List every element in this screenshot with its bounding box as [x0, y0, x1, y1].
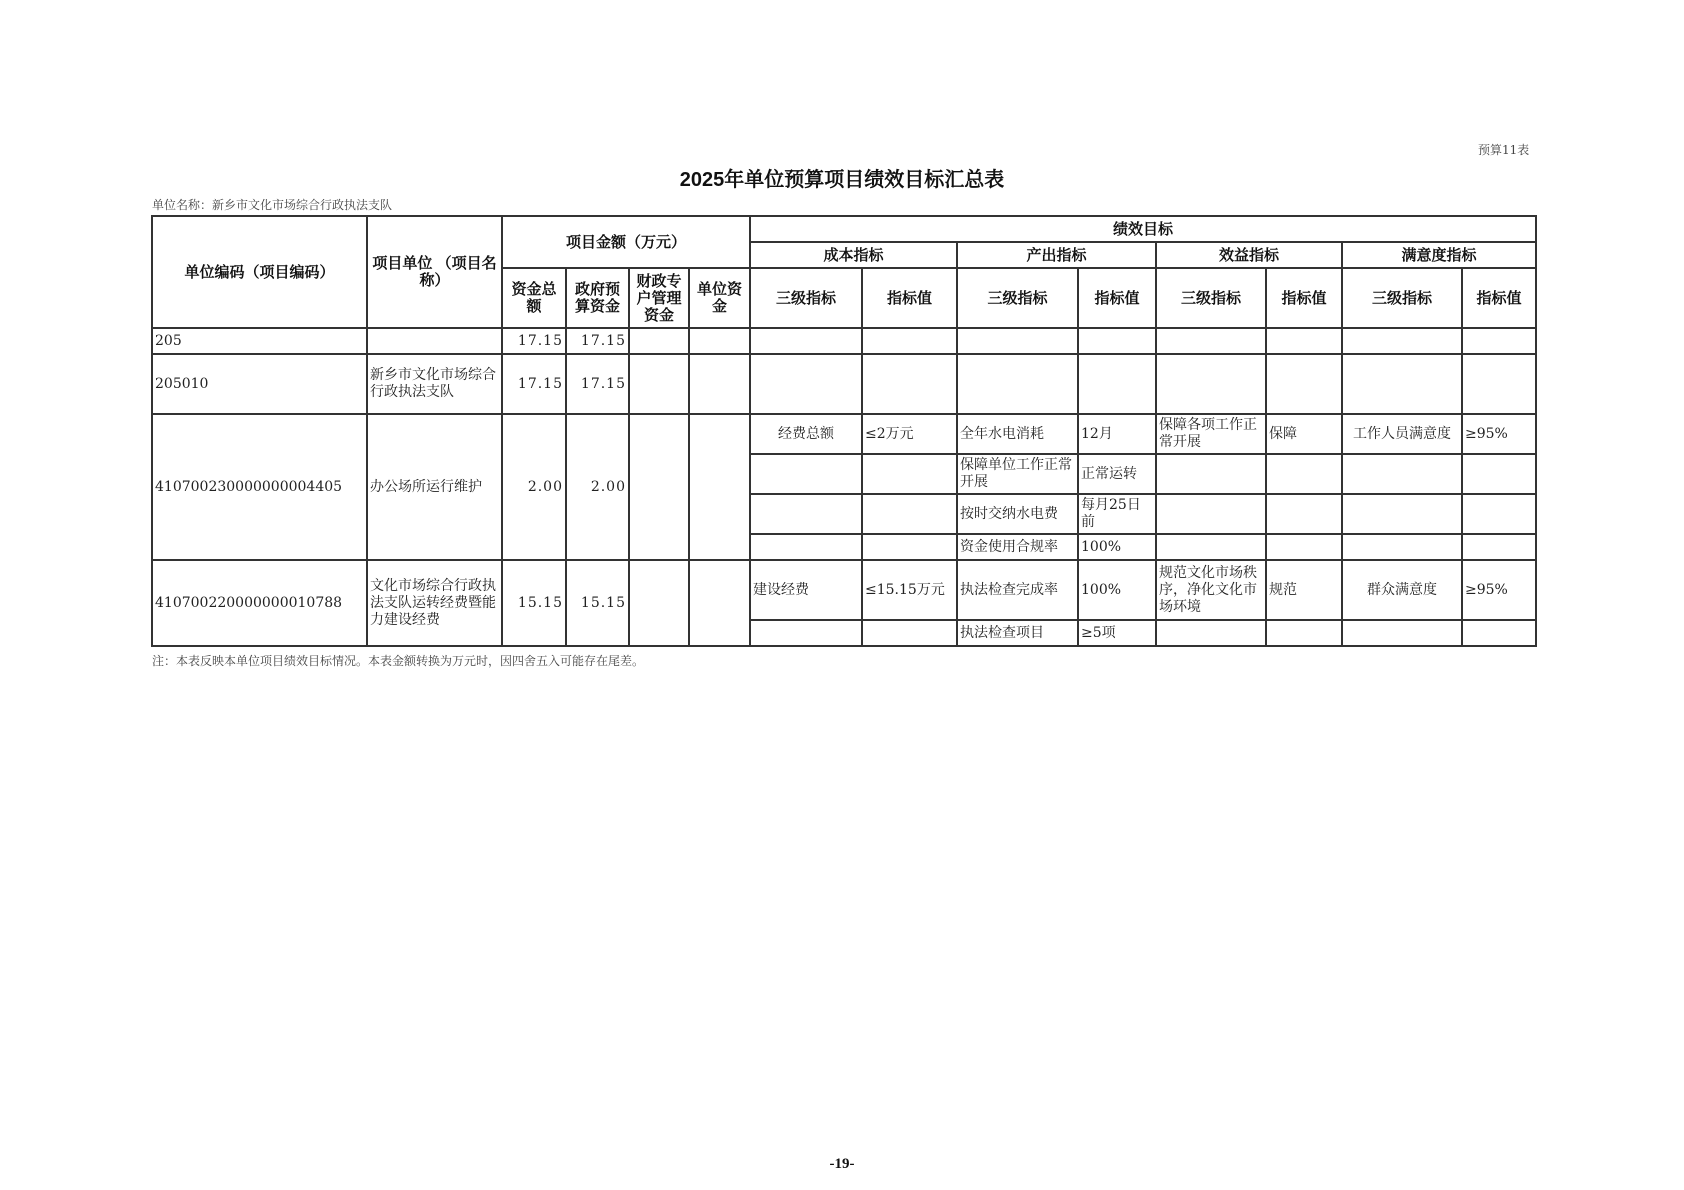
- indicator-name-cell: [750, 534, 862, 560]
- amount-total-cell: 17.15: [502, 328, 566, 354]
- indicator-name-cell: [1342, 354, 1462, 414]
- indicator-name-cell: 建设经费: [750, 560, 862, 620]
- header-value: 指标值: [862, 268, 957, 328]
- indicator-name-cell: 经费总额: [750, 414, 862, 454]
- indicator-name-cell: [1156, 534, 1266, 560]
- indicator-name-cell: 保障单位工作正常开展: [957, 454, 1078, 494]
- indicator-value-cell: ≥95%: [1462, 414, 1536, 454]
- indicator-name-cell: [1156, 494, 1266, 534]
- indicator-value-cell: 每月25日前: [1078, 494, 1156, 534]
- indicator-value-cell: [1266, 534, 1342, 560]
- indicator-name-cell: 资金使用合规率: [957, 534, 1078, 560]
- amount-total-cell: 2.00: [502, 414, 566, 560]
- page-number: -19-: [0, 1156, 1684, 1173]
- indicator-value-cell: [1266, 454, 1342, 494]
- amount-unit-cell: [689, 328, 750, 354]
- indicator-value-cell: [862, 534, 957, 560]
- indicator-name-cell: [957, 354, 1078, 414]
- header-output-indicators: 产出指标: [957, 242, 1156, 268]
- indicator-name-cell: [1342, 620, 1462, 646]
- table-row: 20517.1517.15: [152, 328, 1536, 354]
- form-number: 预算11表: [1478, 141, 1529, 158]
- indicator-name-cell: 群众满意度: [1342, 560, 1462, 620]
- indicator-value-cell: 规范: [1266, 560, 1342, 620]
- indicator-value-cell: ≥95%: [1462, 560, 1536, 620]
- indicator-name-cell: [750, 354, 862, 414]
- table-row: 205010新乡市文化市场综合行政执法支队17.1517.15: [152, 354, 1536, 414]
- indicator-name-cell: [1342, 494, 1462, 534]
- indicator-value-cell: [862, 494, 957, 534]
- indicator-value-cell: [1462, 328, 1536, 354]
- performance-table: 单位编码（项目编码） 项目单位 （项目名称） 项目金额（万元） 绩效目标 成本指…: [151, 215, 1537, 647]
- indicator-value-cell: [1462, 354, 1536, 414]
- indicator-value-cell: 12月: [1078, 414, 1156, 454]
- header-project-unit: 项目单位 （项目名称）: [367, 216, 502, 328]
- indicator-name-cell: [1156, 620, 1266, 646]
- header-value: 指标值: [1266, 268, 1342, 328]
- indicator-name-cell: [750, 454, 862, 494]
- project-name-cell: 新乡市文化市场综合行政执法支队: [367, 354, 502, 414]
- indicator-value-cell: [1462, 454, 1536, 494]
- indicator-value-cell: [1462, 620, 1536, 646]
- indicator-value-cell: [862, 454, 957, 494]
- project-name-cell: 办公场所运行维护: [367, 414, 502, 560]
- amount-total-cell: 15.15: [502, 560, 566, 646]
- indicator-name-cell: [1342, 534, 1462, 560]
- indicator-value-cell: [862, 328, 957, 354]
- header-level3: 三级指标: [957, 268, 1078, 328]
- table-row: 410700230000000004405办公场所运行维护2.002.00经费总…: [152, 414, 1536, 454]
- indicator-name-cell: 执法检查完成率: [957, 560, 1078, 620]
- indicator-name-cell: [1156, 328, 1266, 354]
- amount-unit-cell: [689, 414, 750, 560]
- indicator-value-cell: [1462, 534, 1536, 560]
- project-name-cell: 文化市场综合行政执法支队运转经费暨能力建设经费: [367, 560, 502, 646]
- indicator-value-cell: [1078, 354, 1156, 414]
- amount-unit-cell: [689, 560, 750, 646]
- unit-name: 单位名称：新乡市文化市场综合行政执法支队: [152, 196, 392, 213]
- indicator-value-cell: [1266, 620, 1342, 646]
- indicator-value-cell: [862, 354, 957, 414]
- amount-gov-cell: 15.15: [566, 560, 629, 646]
- indicator-value-cell: [1266, 328, 1342, 354]
- indicator-name-cell: [1156, 354, 1266, 414]
- table-note: 注：本表反映本单位项目绩效目标情况。本表金额转换为万元时，因四舍五入可能存在尾差…: [152, 652, 644, 669]
- header-value: 指标值: [1462, 268, 1536, 328]
- indicator-name-cell: 规范文化市场秩序，净化文化市场环境: [1156, 560, 1266, 620]
- amount-total-cell: 17.15: [502, 354, 566, 414]
- header-amount-gov: 政府预算资金: [566, 268, 629, 328]
- header-level3: 三级指标: [1156, 268, 1266, 328]
- indicator-name-cell: 保障各项工作正常开展: [1156, 414, 1266, 454]
- unit-code-cell: 410700220000000010788: [152, 560, 367, 646]
- indicator-name-cell: [957, 328, 1078, 354]
- header-unit-code: 单位编码（项目编码）: [152, 216, 367, 328]
- amount-gov-cell: 2.00: [566, 414, 629, 560]
- header-value: 指标值: [1078, 268, 1156, 328]
- indicator-name-cell: [1342, 454, 1462, 494]
- unit-code-cell: 205010: [152, 354, 367, 414]
- table-row: 410700220000000010788文化市场综合行政执法支队运转经费暨能力…: [152, 560, 1536, 620]
- amount-gov-cell: 17.15: [566, 354, 629, 414]
- header-amount-fiscal: 财政专户管理资金: [629, 268, 689, 328]
- indicator-name-cell: [750, 328, 862, 354]
- header-amount-unit: 单位资金: [689, 268, 750, 328]
- indicator-name-cell: [1156, 454, 1266, 494]
- indicator-value-cell: [1078, 328, 1156, 354]
- indicator-value-cell: [1462, 494, 1536, 534]
- indicator-value-cell: ≤2万元: [862, 414, 957, 454]
- amount-unit-cell: [689, 354, 750, 414]
- unit-code-cell: 205: [152, 328, 367, 354]
- amount-fiscal-cell: [629, 560, 689, 646]
- page-title: 2025年单位预算项目绩效目标汇总表: [0, 163, 1684, 192]
- header-level3: 三级指标: [1342, 268, 1462, 328]
- indicator-name-cell: 按时交纳水电费: [957, 494, 1078, 534]
- amount-fiscal-cell: [629, 328, 689, 354]
- header-satisfaction-indicators: 满意度指标: [1342, 242, 1536, 268]
- header-level3: 三级指标: [750, 268, 862, 328]
- indicator-name-cell: [750, 620, 862, 646]
- project-name-cell: [367, 328, 502, 354]
- indicator-name-cell: 全年水电消耗: [957, 414, 1078, 454]
- indicator-value-cell: [862, 620, 957, 646]
- indicator-name-cell: 工作人员满意度: [1342, 414, 1462, 454]
- amount-fiscal-cell: [629, 414, 689, 560]
- indicator-value-cell: [1266, 494, 1342, 534]
- header-amount-total: 资金总额: [502, 268, 566, 328]
- indicator-value-cell: 100%: [1078, 560, 1156, 620]
- header-cost-indicators: 成本指标: [750, 242, 957, 268]
- indicator-name-cell: 执法检查项目: [957, 620, 1078, 646]
- indicator-name-cell: [1342, 328, 1462, 354]
- amount-gov-cell: 17.15: [566, 328, 629, 354]
- indicator-value-cell: ≤15.15万元: [862, 560, 957, 620]
- indicator-value-cell: 正常运转: [1078, 454, 1156, 494]
- header-amount-group: 项目金额（万元）: [502, 216, 750, 268]
- indicator-value-cell: 保障: [1266, 414, 1342, 454]
- indicator-name-cell: [750, 494, 862, 534]
- indicator-value-cell: ≥5项: [1078, 620, 1156, 646]
- header-perf-group: 绩效目标: [750, 216, 1536, 242]
- amount-fiscal-cell: [629, 354, 689, 414]
- indicator-value-cell: [1266, 354, 1342, 414]
- unit-code-cell: 410700230000000004405: [152, 414, 367, 560]
- header-benefit-indicators: 效益指标: [1156, 242, 1342, 268]
- indicator-value-cell: 100%: [1078, 534, 1156, 560]
